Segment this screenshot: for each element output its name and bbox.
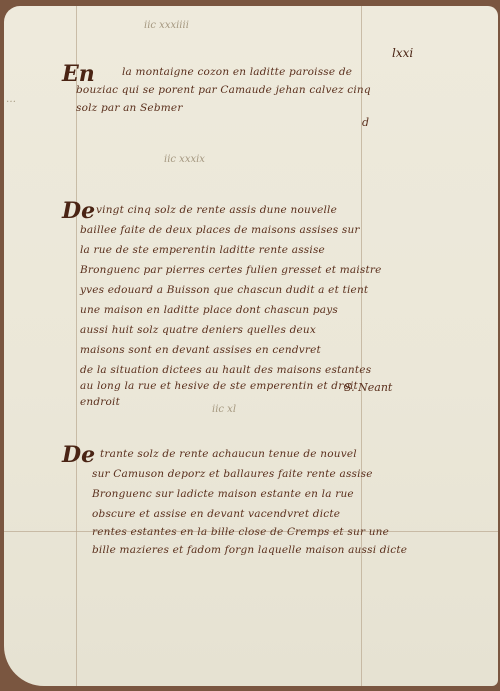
text-line: baillee faite de deux places de maisons … bbox=[80, 224, 360, 236]
text-line: aussi huit solz quatre deniers quelles d… bbox=[80, 324, 316, 336]
text-line: vingt cinq solz de rente assis dune nouv… bbox=[96, 204, 337, 216]
folio-number: lxxi bbox=[392, 46, 413, 60]
text-line: Bronguenc par pierres certes fulien gres… bbox=[80, 264, 382, 276]
text-line: au long la rue et hesive de ste emperent… bbox=[80, 380, 358, 392]
text-line: maisons sont en devant assises en cendvr… bbox=[80, 344, 321, 356]
text-line: yves edouard a Buisson que chascun dudit… bbox=[80, 284, 368, 296]
entry-number: iic xl bbox=[212, 404, 236, 415]
marginal-mark: d bbox=[362, 116, 369, 129]
text-line: Bronguenc sur ladicte maison estante en … bbox=[92, 488, 354, 500]
text-line: sur Camuson deporz et ballaures faite re… bbox=[92, 468, 373, 480]
entry-number: iic xxxix bbox=[164, 154, 205, 165]
decorated-initial: De bbox=[62, 198, 95, 224]
text-line: de la situation dictees au hault des mai… bbox=[80, 364, 371, 376]
decorated-initial: De bbox=[62, 442, 95, 468]
text-line: endroit bbox=[80, 396, 120, 408]
text-line: une maison en laditte place dont chascun… bbox=[80, 304, 338, 316]
text-line: la montaigne cozon en laditte paroisse d… bbox=[122, 66, 352, 78]
text-line: bille mazieres et fadom forgn laquelle m… bbox=[92, 544, 407, 556]
manuscript-page: lxxi … iic xxxiiii En la montaigne cozon… bbox=[4, 6, 498, 686]
margin-note: … bbox=[6, 94, 16, 105]
text-line: la rue de ste emperentin laditte rente a… bbox=[80, 244, 325, 256]
text-line: bouziac qui se porent par Camaude jehan … bbox=[76, 84, 371, 96]
text-line: obscure et assise en devant vacendvret d… bbox=[92, 508, 340, 520]
right-margin-rule bbox=[361, 6, 362, 686]
text-line: solz par an Sebmer bbox=[76, 102, 183, 114]
text-line: rentes estantes en la bille close de Cre… bbox=[92, 526, 389, 538]
signature: S. Neant bbox=[344, 381, 392, 394]
text-line: trante solz de rente achaucun tenue de n… bbox=[100, 448, 357, 460]
entry-number: iic xxxiiii bbox=[144, 20, 189, 31]
